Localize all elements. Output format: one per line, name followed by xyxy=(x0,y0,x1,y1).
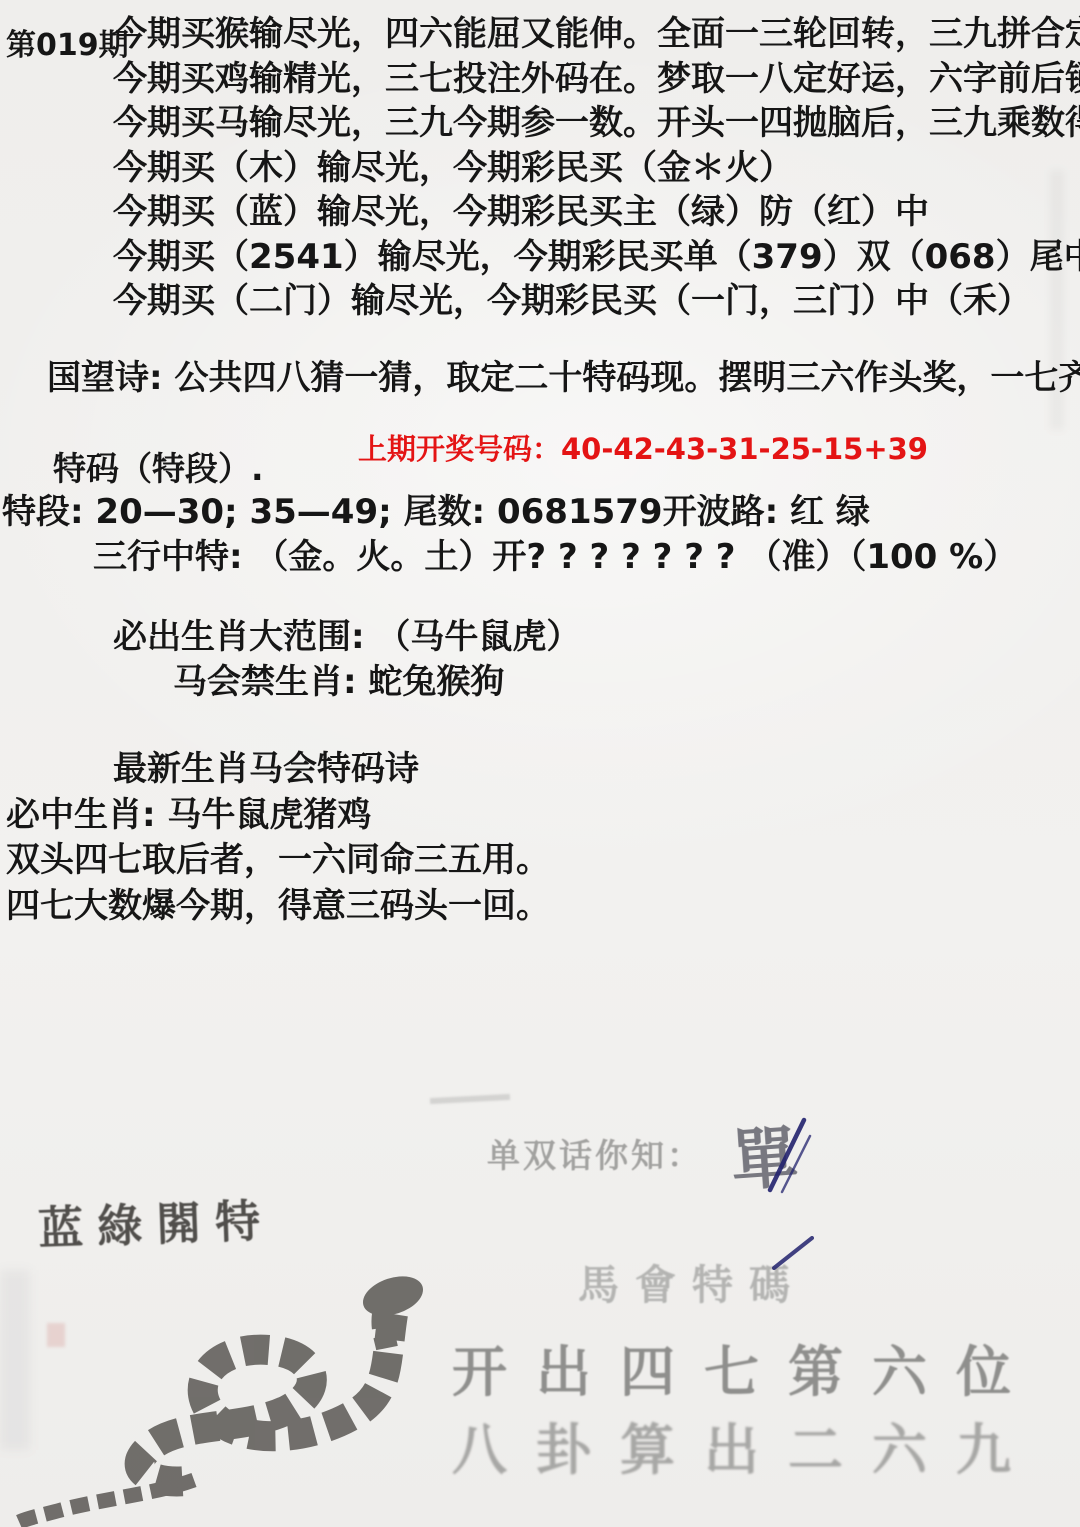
scan-smudge xyxy=(430,1094,510,1104)
tema-caption: 特码（特段）. xyxy=(53,443,264,490)
pen-mark-small xyxy=(768,1234,823,1274)
issue-number: 第019期 xyxy=(6,20,129,64)
teduan-range-line: 特段: 20—30; 35—49; 尾数: 0681579开波路: 红 绿 xyxy=(2,484,870,533)
poem-line-3: 今期买马输尽光，三九今期参一数。开头一四抛脑后，三九乘数得五六。 xyxy=(113,101,1080,146)
top-poem-block: 今期买猴输尽光，四六能屈又能伸。全面一三轮回转，三九拼合定格局。 今期买鸡输精光… xyxy=(113,12,1080,324)
poem-line-7: 今期买（二门）输尽光，今期彩民买（一门，三门）中（禾） xyxy=(113,279,1080,324)
poem-line-5: 今期买（蓝）输尽光，今期彩民买主（绿）防（红）中 xyxy=(113,190,1080,235)
snake-illustration xyxy=(15,1256,455,1527)
odd-even-hint-label: 单双话你知： xyxy=(487,1130,703,1177)
must-appear-zodiac-line: 必出生肖大范围: （马牛鼠虎） xyxy=(113,609,580,658)
poem-line-2: 今期买鸡输精光，三七投注外码在。梦取一八定好运，六字前后锁二四。 xyxy=(113,57,1080,102)
big-prediction-line-2: 八卦算出二六九 xyxy=(452,1406,1040,1485)
pen-mark-slash xyxy=(756,1112,826,1202)
blue-green-stamp-text: 蓝綠閞特 xyxy=(37,1184,275,1257)
lottery-tip-sheet: 第019期 今期买猴输尽光，四六能屈又能伸。全面一三轮回转，三九拼合定格局。 今… xyxy=(0,0,1080,1527)
poem-line-4: 今期买（木）输尽光，今期彩民买（金＊火） xyxy=(113,146,1080,191)
second-poem-title: 最新生肖马会特码诗 xyxy=(113,741,419,790)
big-prediction-line-1: 开出四七第六位 xyxy=(452,1328,1040,1407)
poem-line-6: 今期买（2541）输尽光，今期彩民买单（379）双（068）尾中 xyxy=(113,235,1080,280)
previous-draw-numbers: 上期开奖号码：40-42-43-31-25-15+39 xyxy=(358,427,928,468)
second-poem-line-1: 必中生肖: 马牛鼠虎猪鸡 xyxy=(6,787,371,836)
second-poem-line-2: 双头四七取后者，一六同命三五用。 xyxy=(6,832,550,881)
sanxing-zhongte-line: 三行中特: （金。火。土）开? ? ? ? ? ? ? （准）（100 %） xyxy=(93,529,1017,578)
banned-zodiac-line: 马会禁生肖: 蛇兔猴狗 xyxy=(173,654,504,703)
second-poem-line-3: 四七大数爆今期，得意三码头一回。 xyxy=(6,878,550,927)
guowang-poem-line: 国望诗: 公共四八猜一猜，取定二十特码现。摆明三六作头奖，一七齐攻八走红。 xyxy=(47,350,1080,399)
poem-line-1: 今期买猴输尽光，四六能屈又能伸。全面一三轮回转，三九拼合定格局。 xyxy=(113,12,1080,57)
